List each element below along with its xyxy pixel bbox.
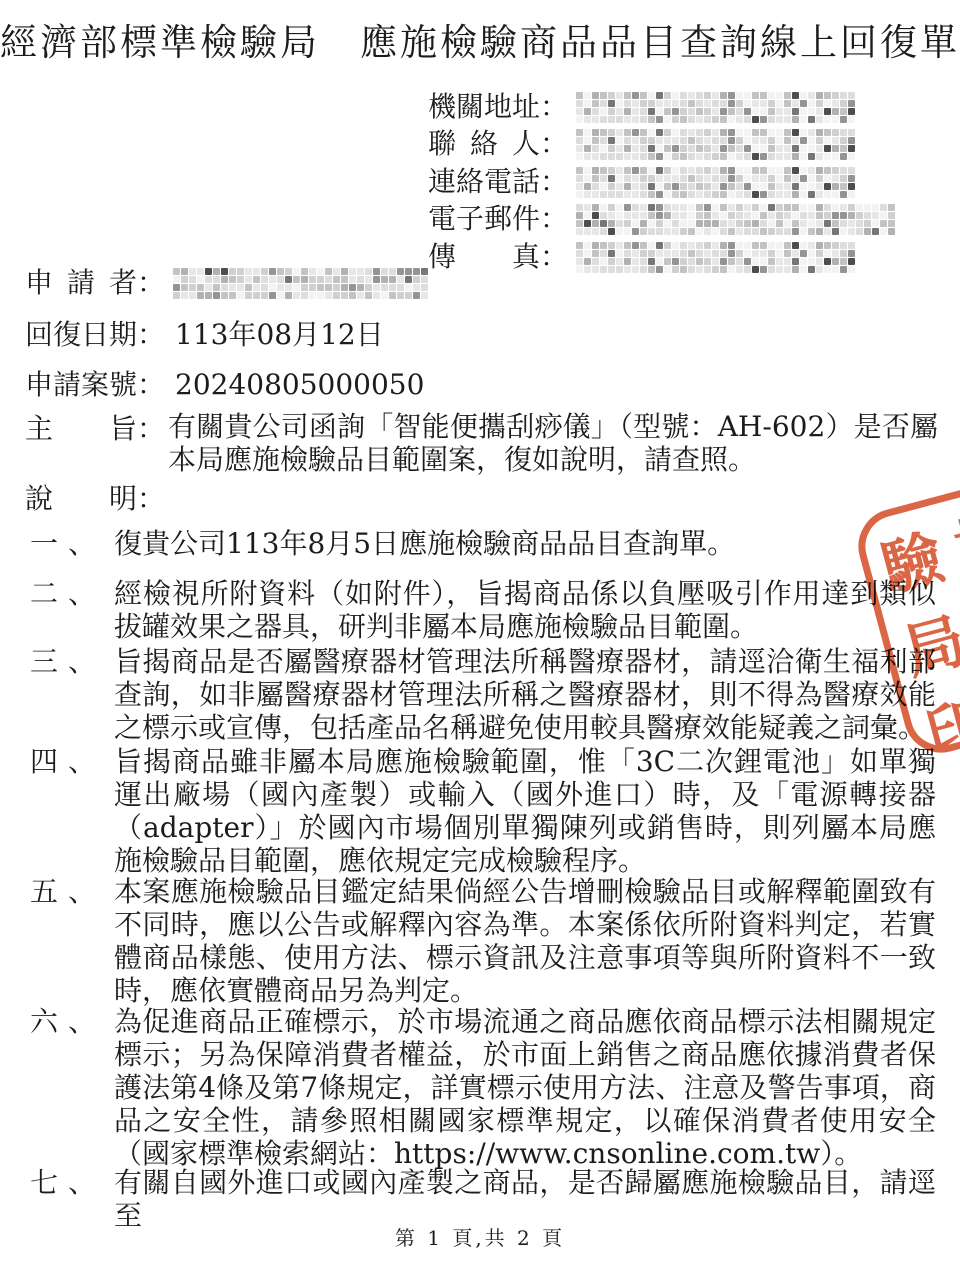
contact-row-fax: 傳真： [428, 240, 855, 273]
page-number-footer: 第 1 頁,共 2 頁 [0, 1222, 960, 1251]
explanation-label: 說明 [25, 482, 137, 515]
redacted-agency-address [576, 92, 855, 123]
redacted-fax [576, 242, 855, 273]
agency-address-label: 機關地址 [428, 90, 540, 123]
item-number-3: 三、 [30, 645, 106, 678]
colon: ： [540, 202, 568, 235]
applicant-label: 申請者 [25, 266, 137, 299]
subject-text: 有關貴公司函詢「智能便攜刮痧儀」（型號：AH-602）是否屬本局應施檢驗品目範圍… [168, 410, 938, 476]
item-number-7: 七、 [30, 1166, 106, 1199]
item-number-2: 二、 [30, 577, 106, 610]
reply-date-label: 回復日期 [25, 318, 137, 351]
fax-label: 傳真 [428, 240, 540, 273]
document-title: 經濟部標準檢驗局 應施檢驗商品品目查詢線上回復單 [0, 12, 960, 66]
seal-char: 標 [937, 488, 960, 591]
colon: ： [137, 318, 165, 351]
case-number-label: 申請案號 [25, 368, 137, 401]
email-label: 電子郵件 [428, 202, 540, 235]
contact-row-phone: 連絡電話： [428, 165, 855, 198]
colon: ： [540, 127, 568, 160]
document-page: 經濟部標準檢驗局 應施檢驗商品品目查詢線上回復單 機關地址： 聯絡人： 連絡電話… [0, 0, 960, 1262]
redacted-applicant-name [173, 268, 428, 299]
reply-date-row: 回復日期： 113年08月12日 [25, 318, 384, 351]
explanation-item-6: 為促進商品正確標示，於市場流通之商品應依商品標示法相關規定標示；另為保障消費者權… [114, 1005, 936, 1170]
item-number-4: 四、 [30, 745, 106, 778]
explanation-item-2: 經檢視所附資料（如附件），旨揭商品係以負壓吸引作用達到類似拔罐效果之器具，研判非… [114, 577, 936, 643]
contact-row-agency-address: 機關地址： [428, 90, 855, 123]
colon: ： [137, 368, 165, 401]
contact-row-email: 電子郵件： [428, 202, 895, 235]
subject-label-row: 主旨： [25, 412, 165, 445]
phone-label: 連絡電話 [428, 165, 540, 198]
item-number-5: 五、 [30, 875, 106, 908]
colon: ： [540, 240, 568, 273]
subject-label: 主旨 [25, 412, 137, 445]
case-number-row: 申請案號： 20240805000050 [25, 368, 424, 401]
redacted-email [576, 204, 895, 235]
item-number-6: 六、 [30, 1005, 106, 1038]
item-number-1: 一、 [30, 527, 106, 560]
explanation-item-3: 旨揭商品是否屬醫療器材管理法所稱醫療器材，請逕洽衛生福利部查詢，如非屬醫療器材管… [114, 645, 936, 744]
colon: ： [137, 266, 165, 299]
colon: ： [540, 165, 568, 198]
applicant-row: 申請者： [25, 266, 428, 299]
case-number-value: 20240805000050 [175, 368, 424, 401]
colon: ： [540, 90, 568, 123]
explanation-item-5: 本案應施檢驗品目鑑定結果倘經公告增刪檢驗品目或解釋範圍致有不同時，應以公告或解釋… [114, 875, 936, 1007]
explanation-item-4: 旨揭商品雖非屬本局應施檢驗範圍，惟「3C二次鋰電池」如單獨運出廠場（國內產製）或… [114, 745, 936, 877]
colon: ： [137, 482, 165, 515]
contact-person-label: 聯絡人 [428, 127, 540, 160]
redacted-phone [576, 167, 855, 198]
reply-date-value: 113年08月12日 [175, 318, 384, 351]
redacted-contact-person [576, 129, 855, 160]
explanation-label-row: 說明： [25, 482, 165, 515]
explanation-item-1: 復貴公司113年8月5日應施檢驗商品品目查詢單。 [114, 527, 936, 560]
contact-row-contact-person: 聯絡人： [428, 127, 855, 160]
colon: ： [137, 412, 165, 445]
